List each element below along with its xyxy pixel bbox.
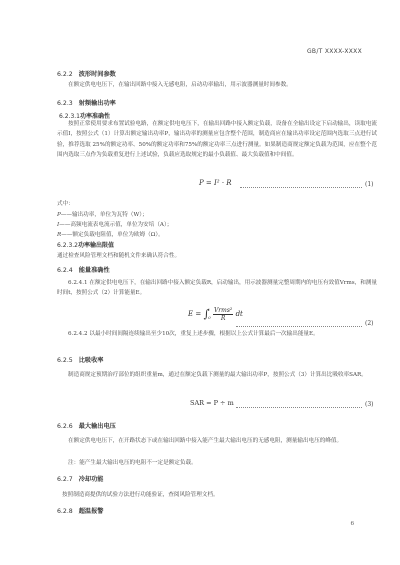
heading-6-2-3: 6.2.3射频输出功率 [57, 98, 116, 107]
heading-6-2-4: 6.2.4能量准确性 [57, 265, 110, 274]
paragraph-6-2-4-1: 6.2.4.1 在额定供电电压下，在输出回路中接入额定负载R，启动输出，用示波器… [57, 278, 377, 299]
definition-i: I——高频电流表电流示值，单位为安培（A）； [57, 220, 172, 228]
equation-number-1: (1) [365, 181, 374, 188]
note-6-2-6: 注：能产生最大输出电压的电阻不一定是额定负载。 [68, 458, 197, 466]
paragraph-6-2-3-2: 通过检查风险管理文档和随机文件来确认符合性。 [57, 251, 180, 259]
heading-6-2-7: 6.2.7冷却功能 [57, 474, 104, 483]
paragraph-6-2-3-1: 按照正常使用要求布置试验电路，在额定供电电压下，在输出回路中接入额定负载，设备在… [57, 119, 377, 160]
standard-code: GB/T XXXX-XXXX [307, 48, 362, 55]
definition-r: R——额定负载电阻值，单位为欧姆（Ω）。 [57, 230, 164, 238]
equation-number-2: (2) [365, 320, 374, 327]
formula-leader-2 [236, 326, 362, 327]
equation-number-3: (3) [365, 401, 374, 408]
paragraph-6-2-2: 在额定供电电压下，在输出回路中接入无感电阻，启动功率输出，用示波器测量时间参数。 [57, 80, 377, 90]
paragraph-6-2-5: 制造商规定预期治疗部位的组织重量m，通过在额定负载下测量的最大输出功率P，按照公… [57, 370, 377, 380]
definition-p: P——输出功率，单位为瓦特（W）； [57, 210, 148, 218]
paragraph-6-2-4-2: 6.2.4.2 以最小时间间隔连续输出至少10次，重复上述步骤，根据以上公式计算… [57, 329, 377, 339]
heading-6-2-5: 6.2.5比吸收率 [57, 355, 104, 364]
heading-6-2-6: 6.2.6最大输出电压 [57, 421, 116, 430]
heading-6-2-3-2: 6.2.3.2功率输出限值 [57, 240, 114, 249]
where-label: 式中： [57, 199, 74, 207]
formula-leader-1 [240, 187, 362, 188]
formula-2: E = ∫t0 Vrms²R dt [188, 306, 243, 322]
paragraph-6-2-7: 按照制造商提供的试验方法进行功能验证，查阅风险管理文档。 [62, 490, 219, 498]
fraction: Vrms²R [213, 307, 233, 322]
heading-6-2-8: 6.2.8超温报警 [57, 506, 104, 515]
paragraph-6-2-6: 在额定供电电压下，在开路状态下或在输出回路中接入能产生最大输出电压的无感电阻，测… [57, 436, 377, 446]
formula-3: SAR = P ÷ m [190, 399, 234, 407]
formula-1: P = I² · R [199, 179, 232, 187]
heading-6-2-2: 6.2.2波形时间参数 [57, 69, 116, 78]
document-page: GB/T XXXX-XXXX 6.2.2波形时间参数 在额定供电电压下，在输出回… [0, 0, 400, 565]
formula-leader-3 [236, 407, 362, 408]
page-number: 6 [350, 521, 354, 527]
